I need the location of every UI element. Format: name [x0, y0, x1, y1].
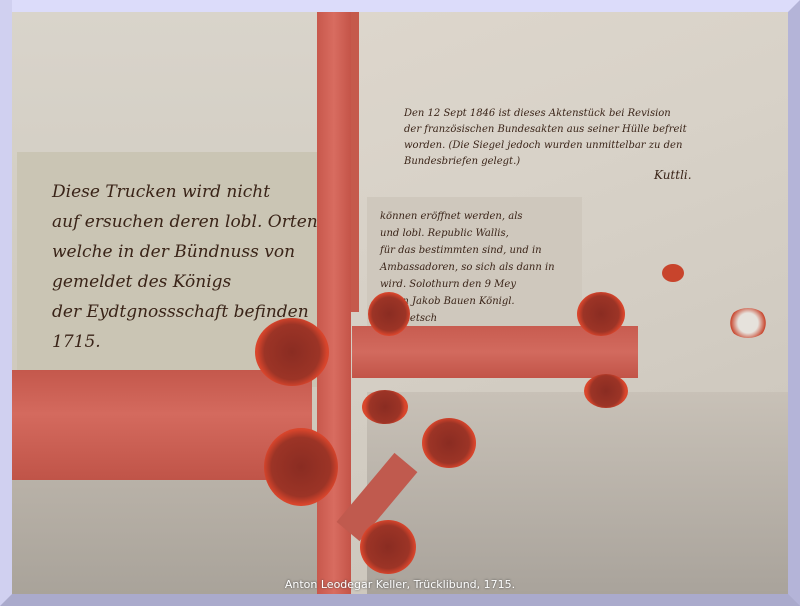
document-photo: Diese Trucken wird nicht auf ersuchen de…	[12, 12, 788, 594]
handwriting-line: Ambassadoren, so sich als dann in	[380, 259, 555, 276]
paper-lower-right	[367, 392, 788, 594]
frame-left-bevel	[0, 0, 12, 606]
wax-fragment	[728, 308, 768, 338]
right-handwriting: Den 12 Sept 1846 ist dieses Aktenstück b…	[404, 106, 687, 170]
handwriting-line: Den 12 Sept 1846 ist dieses Aktenstück b…	[404, 106, 687, 122]
handwriting-line: Bundesbriefen gelegt.)	[404, 154, 687, 170]
handwriting-line: und lobl. Republic Wallis,	[380, 225, 555, 242]
handwriting-line: gemeldet des Königs	[52, 267, 318, 297]
handwriting-line: für das bestimmten sind, und in	[380, 242, 555, 259]
handwriting-line: worden. (Die Siegel jedoch wurden unmitt…	[404, 138, 687, 154]
handwriting-line: welche in der Bündnuss von	[52, 237, 318, 267]
handwriting-line: der französischen Bundesakten aus seiner…	[404, 122, 687, 138]
wax-seal	[577, 292, 625, 336]
wax-seal	[584, 374, 628, 408]
wax-fragment	[662, 264, 684, 282]
wax-seal	[360, 520, 416, 574]
frame-right-bevel	[788, 0, 800, 606]
handwriting-line: Diese Trucken wird nicht	[52, 177, 318, 207]
signature: Kuttli.	[654, 168, 692, 182]
wax-seal	[368, 292, 410, 336]
handwriting-line: wird. Solothurn den 9 Mey	[380, 276, 555, 293]
handwriting-line: können eröffnet werden, als	[380, 208, 555, 225]
frame-bottom-bevel	[0, 594, 800, 606]
handwriting-line: auf ersuchen deren lobl. Orten	[52, 207, 318, 237]
wax-seal	[422, 418, 476, 468]
wax-seal	[264, 428, 338, 506]
ribbon-vertical	[317, 12, 351, 594]
wax-seal	[362, 390, 408, 424]
frame-top-bevel	[0, 0, 800, 12]
image-caption: Anton Leodegar Keller, Trücklibund, 1715…	[0, 578, 800, 591]
wax-seal	[255, 318, 329, 386]
